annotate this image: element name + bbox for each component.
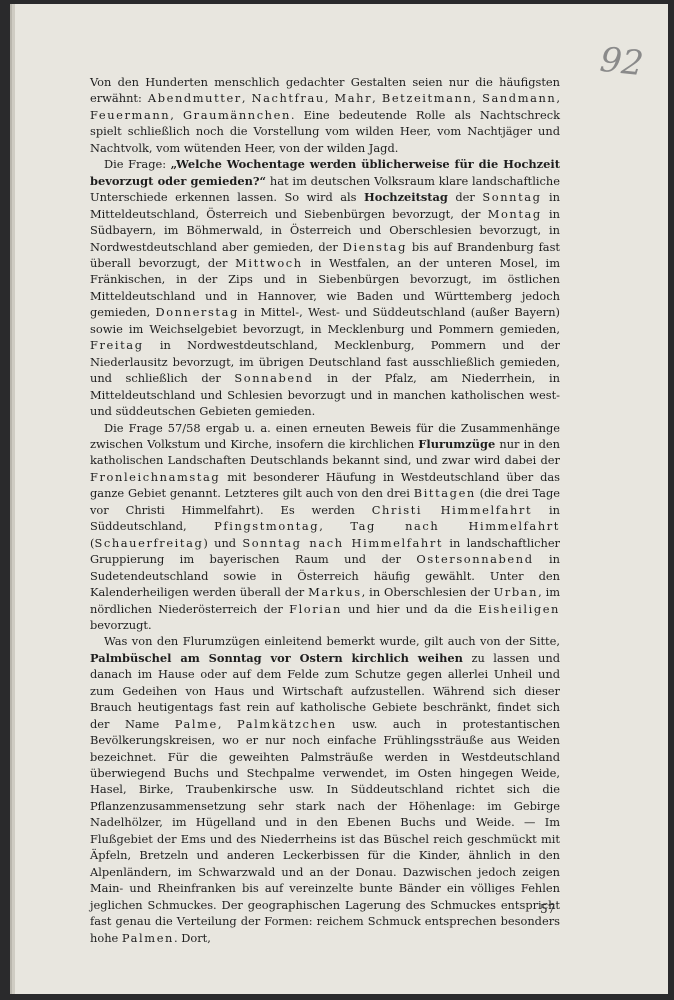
text-run: der (448, 190, 482, 204)
body-text: Von den Hunderten menschlich gedachter G… (90, 74, 560, 946)
spaced-term: Montag (488, 207, 542, 221)
text-run: , (556, 91, 560, 105)
bold-phrase: Hochzeitstag (364, 190, 448, 204)
spaced-term: Sonntag nach Himmelfahrt (242, 536, 443, 550)
spaced-term: Palme (175, 717, 218, 731)
spaced-term: Bittagen (414, 486, 476, 500)
text-run: bevorzugt. (90, 618, 152, 632)
spaced-term: Donnerstag (156, 305, 239, 319)
bold-phrase: Palmbüschel am Sonntag vor Ostern kirchl… (90, 651, 463, 665)
spaced-term: Sonnabend (234, 371, 313, 385)
text-run: , (325, 91, 335, 105)
paragraph: Von den Hunderten menschlich gedachter G… (90, 74, 560, 156)
bold-phrase: Flurumzüge (418, 437, 495, 451)
spaced-term: Abendmutter (148, 91, 242, 105)
spaced-term: Schauerfreitag (94, 536, 203, 550)
spaced-term: Dienstag (343, 240, 407, 254)
spaced-term: Eisheiligen (478, 602, 560, 616)
spaced-term: Graumännchen (183, 108, 291, 122)
text-run: usw. auch in protestantischen Bevölkerun… (90, 717, 560, 945)
spaced-term: Freitag (90, 338, 144, 352)
text-run: . Dort, (174, 931, 211, 945)
paragraph: Die Frage: „Welche Wochentage werden übl… (90, 156, 560, 419)
spaced-term: Fronleichnamstag (90, 470, 220, 484)
text-run: , (242, 91, 252, 105)
page-number: 57 (540, 902, 555, 916)
paragraph: Was von den Flurumzügen einleitend bemer… (90, 633, 560, 946)
spaced-term: Sandmann (482, 91, 556, 105)
spaced-term: Feuermann (90, 108, 170, 122)
text-run: , (170, 108, 183, 122)
spaced-term: Mittwoch (235, 256, 303, 270)
spaced-term: Tag nach Himmelfahrt (350, 519, 560, 533)
paragraph: Die Frage 57/58 ergab u. a. einen erneut… (90, 420, 560, 634)
spaced-term: Christi Himmelfahrt (372, 503, 532, 517)
spaced-term: Mahr (335, 91, 373, 105)
text-run: ) und (203, 536, 242, 550)
spaced-term: Nachtfrau (252, 91, 325, 105)
text-run: , (319, 519, 350, 533)
book-page: 92 Von den Hunderten menschlich gedachte… (10, 4, 668, 994)
spaced-term: Florian (289, 602, 342, 616)
page-spine-edge (12, 4, 15, 994)
text-run: , (472, 91, 482, 105)
spaced-term: Urban (494, 585, 538, 599)
spaced-term: Ostersonnabend (416, 552, 533, 566)
spaced-term: Palmkätzchen (237, 717, 337, 731)
text-run: Was von den Flurumzügen einleitend bemer… (104, 634, 560, 648)
spaced-term: Betzeitmann (382, 91, 473, 105)
spaced-term: Palmen (122, 931, 174, 945)
text-run: und hier und da die (342, 602, 478, 616)
spaced-term: Sonntag (482, 190, 541, 204)
text-run: , in Oberschlesien der (362, 585, 494, 599)
spaced-term: Pfingstmontag (214, 519, 319, 533)
handwritten-page-annotation: 92 (598, 40, 645, 84)
text-run: , (372, 91, 382, 105)
text-run: Die Frage: (104, 157, 171, 171)
text-run: , (218, 717, 237, 731)
spaced-term: Markus (308, 585, 362, 599)
